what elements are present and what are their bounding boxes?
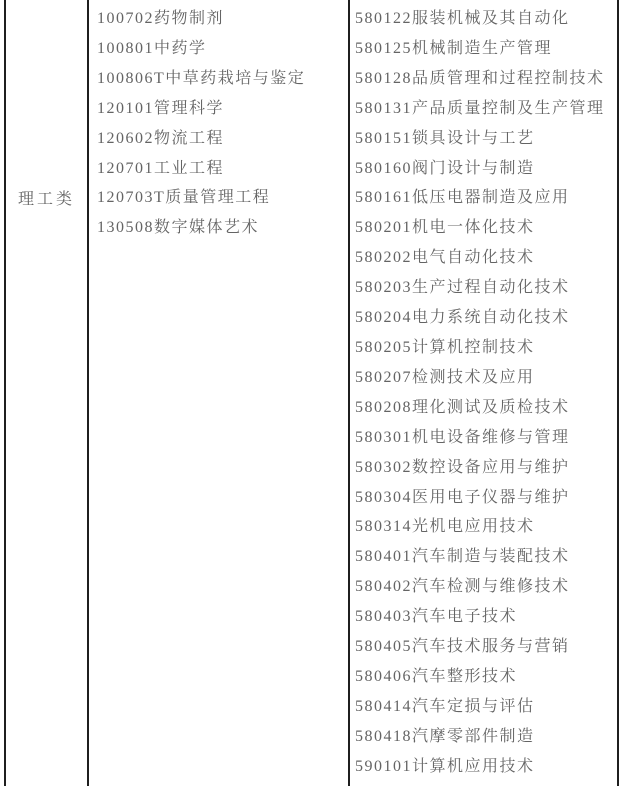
major-item: 580418汽摩零部件制造: [355, 722, 615, 752]
major-item: 580204电力系统自动化技术: [355, 303, 615, 333]
major-item: 580203生产过程自动化技术: [355, 273, 615, 303]
major-item: 580161低压电器制造及应用: [355, 183, 615, 213]
major-item: 580125机械制造生产管理: [355, 34, 615, 64]
document-table-page: 理工类 100702药物制剂100801中药学100806T中草药栽培与鉴定12…: [0, 0, 626, 786]
major-item: 120701工业工程: [97, 154, 345, 184]
major-item: 120703T质量管理工程: [97, 183, 345, 213]
major-item: 580202电气自动化技术: [355, 243, 615, 273]
table-divider-columns: [348, 0, 350, 786]
major-item: 580208理化测试及质检技术: [355, 393, 615, 423]
major-item: 580160阀门设计与制造: [355, 154, 615, 184]
major-item: 580414汽车定损与评估: [355, 692, 615, 722]
major-item: 580301机电设备维修与管理: [355, 423, 615, 453]
major-item: 580401汽车制造与装配技术: [355, 542, 615, 572]
major-item: 100806T中草药栽培与鉴定: [97, 64, 345, 94]
major-item: 120602物流工程: [97, 124, 345, 154]
major-item: 580151锁具设计与工艺: [355, 124, 615, 154]
major-item: 590101计算机应用技术: [355, 752, 615, 782]
major-item: 580405汽车技术服务与营销: [355, 632, 615, 662]
category-cell: 理工类: [6, 185, 87, 215]
major-item: 580402汽车检测与维修技术: [355, 572, 615, 602]
table-border-right: [617, 0, 619, 786]
major-item: 100801中药学: [97, 34, 345, 64]
major-item: 580207检测技术及应用: [355, 363, 615, 393]
major-item: 580122服装机械及其自动化: [355, 4, 615, 34]
major-item: 120101管理科学: [97, 94, 345, 124]
table-divider-category: [87, 0, 89, 786]
major-item: 580131产品质量控制及生产管理: [355, 94, 615, 124]
major-item: 580205计算机控制技术: [355, 333, 615, 363]
major-item: 580314光机电应用技术: [355, 512, 615, 542]
table-border-left: [4, 0, 6, 786]
undergrad-major-list: 100702药物制剂100801中药学100806T中草药栽培与鉴定120101…: [97, 4, 345, 243]
major-item: 580201机电一体化技术: [355, 213, 615, 243]
major-item: 580406汽车整形技术: [355, 662, 615, 692]
vocational-major-list: 580122服装机械及其自动化580125机械制造生产管理580128品质管理和…: [355, 4, 615, 782]
major-item: 100702药物制剂: [97, 4, 345, 34]
major-item: 580128品质管理和过程控制技术: [355, 64, 615, 94]
major-item: 580403汽车电子技术: [355, 602, 615, 632]
major-item: 580304医用电子仪器与维护: [355, 483, 615, 513]
major-item: 130508数字媒体艺术: [97, 213, 345, 243]
major-item: 580302数控设备应用与维护: [355, 453, 615, 483]
